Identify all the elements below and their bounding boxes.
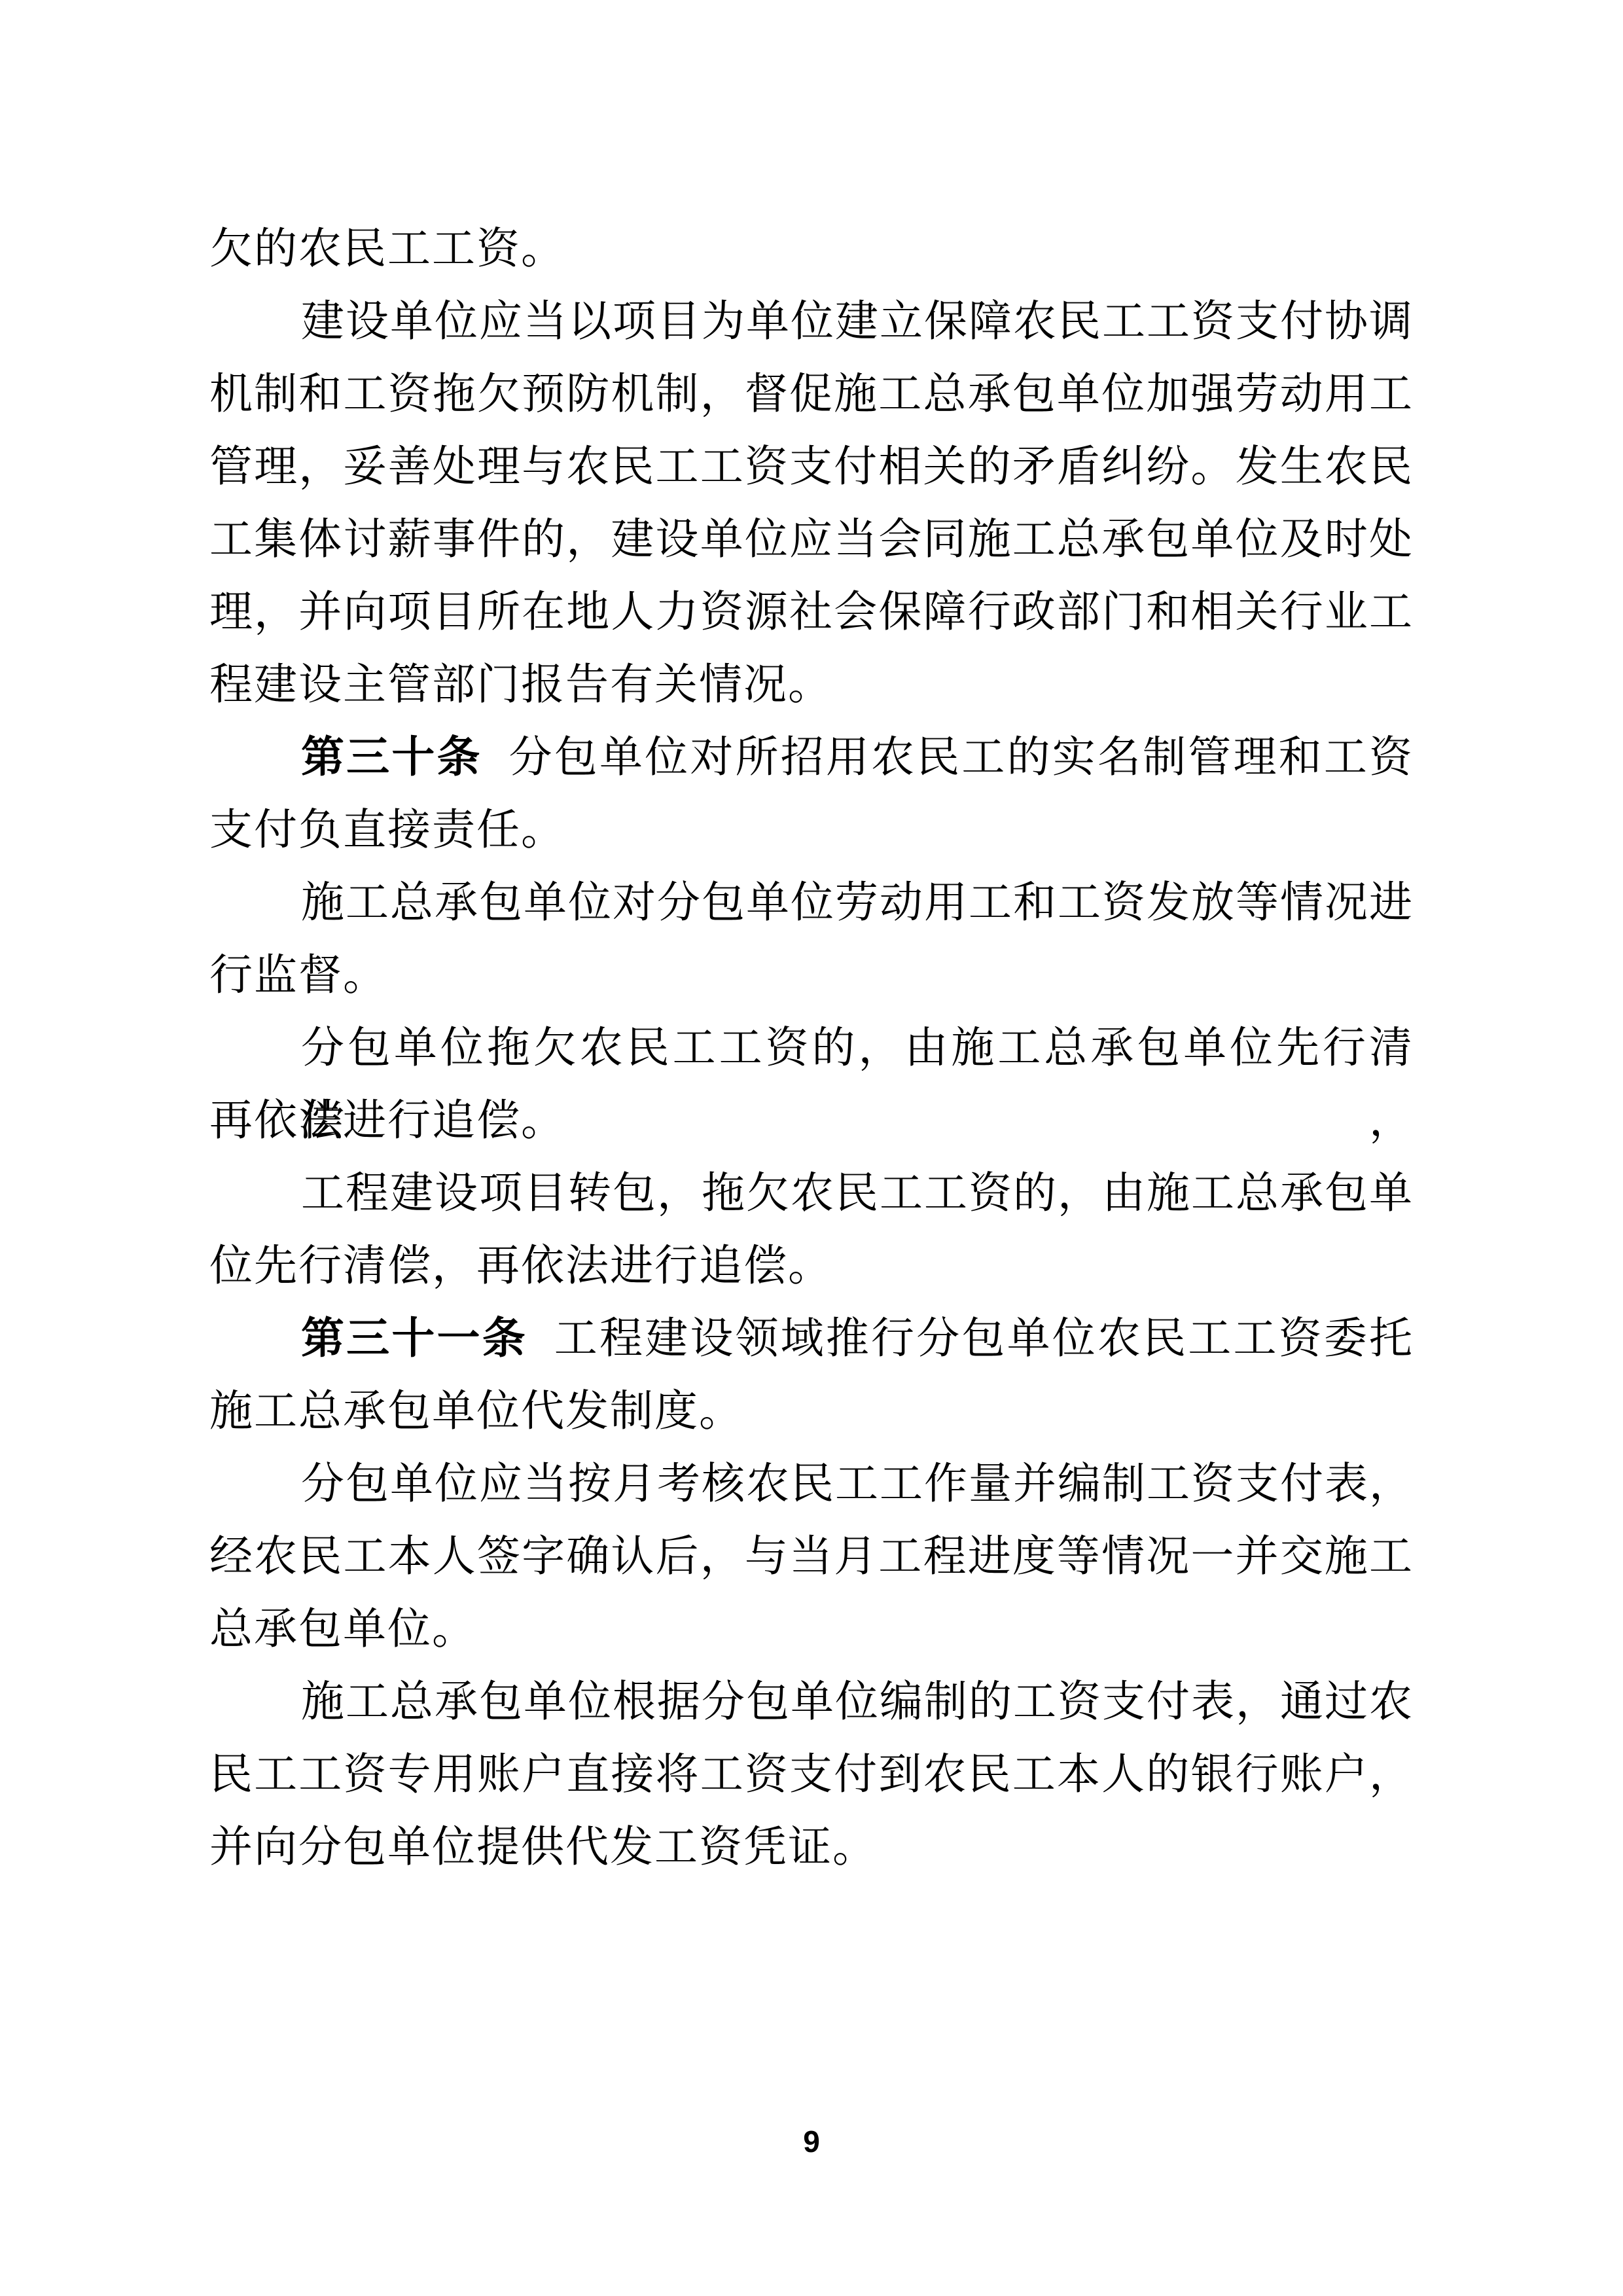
text-line-5: 工集体讨薪事件的，建设单位应当会同施工总承包单位及时处: [209, 503, 1414, 576]
text-line-2: 建设单位应当以项目为单位建立保障农民工工资支付协调: [209, 285, 1414, 358]
text-line-4: 管理，妥善处理与农民工工资支付相关的矛盾纠纷。发生农民: [209, 431, 1414, 503]
line-text: 施工总承包单位代发制度。: [209, 1388, 743, 1435]
document-body: 欠的农民工工资。建设单位应当以项目为单位建立保障农民工工资支付协调机制和工资拖欠…: [209, 213, 1414, 1884]
text-line-12: 分包单位拖欠农民工工资的，由施工总承包单位先行清偿，: [209, 1012, 1414, 1085]
article-number: 第三十条: [301, 734, 482, 781]
line-text: 再依法进行追偿。: [209, 1097, 565, 1145]
line-text: 分包单位对所招用农民工的实名制管理和工资: [509, 734, 1414, 781]
text-line-17: 施工总承包单位代发制度。: [209, 1375, 1414, 1448]
text-line-1: 欠的农民工工资。: [209, 213, 1414, 285]
line-text: 建设单位应当以项目为单位建立保障农民工工资支付协调: [301, 298, 1414, 346]
text-line-16: 第三十一条工程建设领域推行分包单位农民工工资委托: [209, 1302, 1414, 1375]
line-text: 行监督。: [209, 952, 387, 999]
text-line-7: 程建设主管部门报告有关情况。: [209, 649, 1414, 721]
text-line-19: 经农民工本人签字确认后，与当月工程进度等情况一并交施工: [209, 1520, 1414, 1593]
text-line-22: 民工工资专用账户直接将工资支付到农民工本人的银行账户，: [209, 1738, 1414, 1811]
text-line-10: 施工总承包单位对分包单位劳动用工和工资发放等情况进: [209, 867, 1414, 939]
line-text: 支付负直接责任。: [209, 806, 565, 854]
line-text: 民工工资专用账户直接将工资支付到农民工本人的银行账户，: [209, 1751, 1414, 1799]
text-line-9: 支付负直接责任。: [209, 794, 1414, 867]
text-line-21: 施工总承包单位根据分包单位编制的工资支付表，通过农: [209, 1666, 1414, 1738]
page-footer: 9: [0, 2123, 1623, 2161]
line-text: 总承包单位。: [209, 1605, 476, 1653]
text-line-11: 行监督。: [209, 939, 1414, 1012]
line-text: 工程建设领域推行分包单位农民工工资委托: [554, 1315, 1414, 1363]
text-line-15: 位先行清偿，再依法进行追偿。: [209, 1230, 1414, 1302]
line-text: 机制和工资拖欠预防机制，督促施工总承包单位加强劳动用工: [209, 370, 1414, 418]
document-page: 欠的农民工工资。建设单位应当以项目为单位建立保障农民工工资支付协调机制和工资拖欠…: [0, 0, 1623, 2296]
line-text: 施工总承包单位根据分包单位编制的工资支付表，通过农: [301, 1678, 1414, 1726]
page-number: 9: [803, 2125, 820, 2159]
article-number: 第三十一条: [301, 1315, 527, 1363]
line-text: 工程建设项目转包，拖欠农民工工资的，由施工总承包单: [301, 1170, 1414, 1217]
text-line-8: 第三十条分包单位对所招用农民工的实名制管理和工资: [209, 721, 1414, 794]
line-text: 工集体讨薪事件的，建设单位应当会同施工总承包单位及时处: [209, 516, 1414, 564]
text-line-6: 理，并向项目所在地人力资源社会保障行政部门和相关行业工: [209, 576, 1414, 649]
text-line-3: 机制和工资拖欠预防机制，督促施工总承包单位加强劳动用工: [209, 358, 1414, 431]
text-line-18: 分包单位应当按月考核农民工工作量并编制工资支付表，: [209, 1448, 1414, 1520]
line-text: 分包单位应当按月考核农民工工作量并编制工资支付表，: [301, 1460, 1414, 1508]
text-line-23: 并向分包单位提供代发工资凭证。: [209, 1811, 1414, 1884]
line-text: 理，并向项目所在地人力资源社会保障行政部门和相关行业工: [209, 588, 1414, 636]
line-text: 施工总承包单位对分包单位劳动用工和工资发放等情况进: [301, 879, 1414, 927]
text-line-20: 总承包单位。: [209, 1593, 1414, 1666]
line-text: 并向分包单位提供代发工资凭证。: [209, 1823, 877, 1871]
line-text: 程建设主管部门报告有关情况。: [209, 661, 832, 709]
line-text: 欠的农民工工资。: [209, 225, 565, 273]
text-line-14: 工程建设项目转包，拖欠农民工工资的，由施工总承包单: [209, 1157, 1414, 1230]
line-text: 管理，妥善处理与农民工工资支付相关的矛盾纠纷。发生农民: [209, 443, 1414, 491]
line-text: 位先行清偿，再依法进行追偿。: [209, 1242, 832, 1290]
line-text: 经农民工本人签字确认后，与当月工程进度等情况一并交施工: [209, 1533, 1414, 1581]
